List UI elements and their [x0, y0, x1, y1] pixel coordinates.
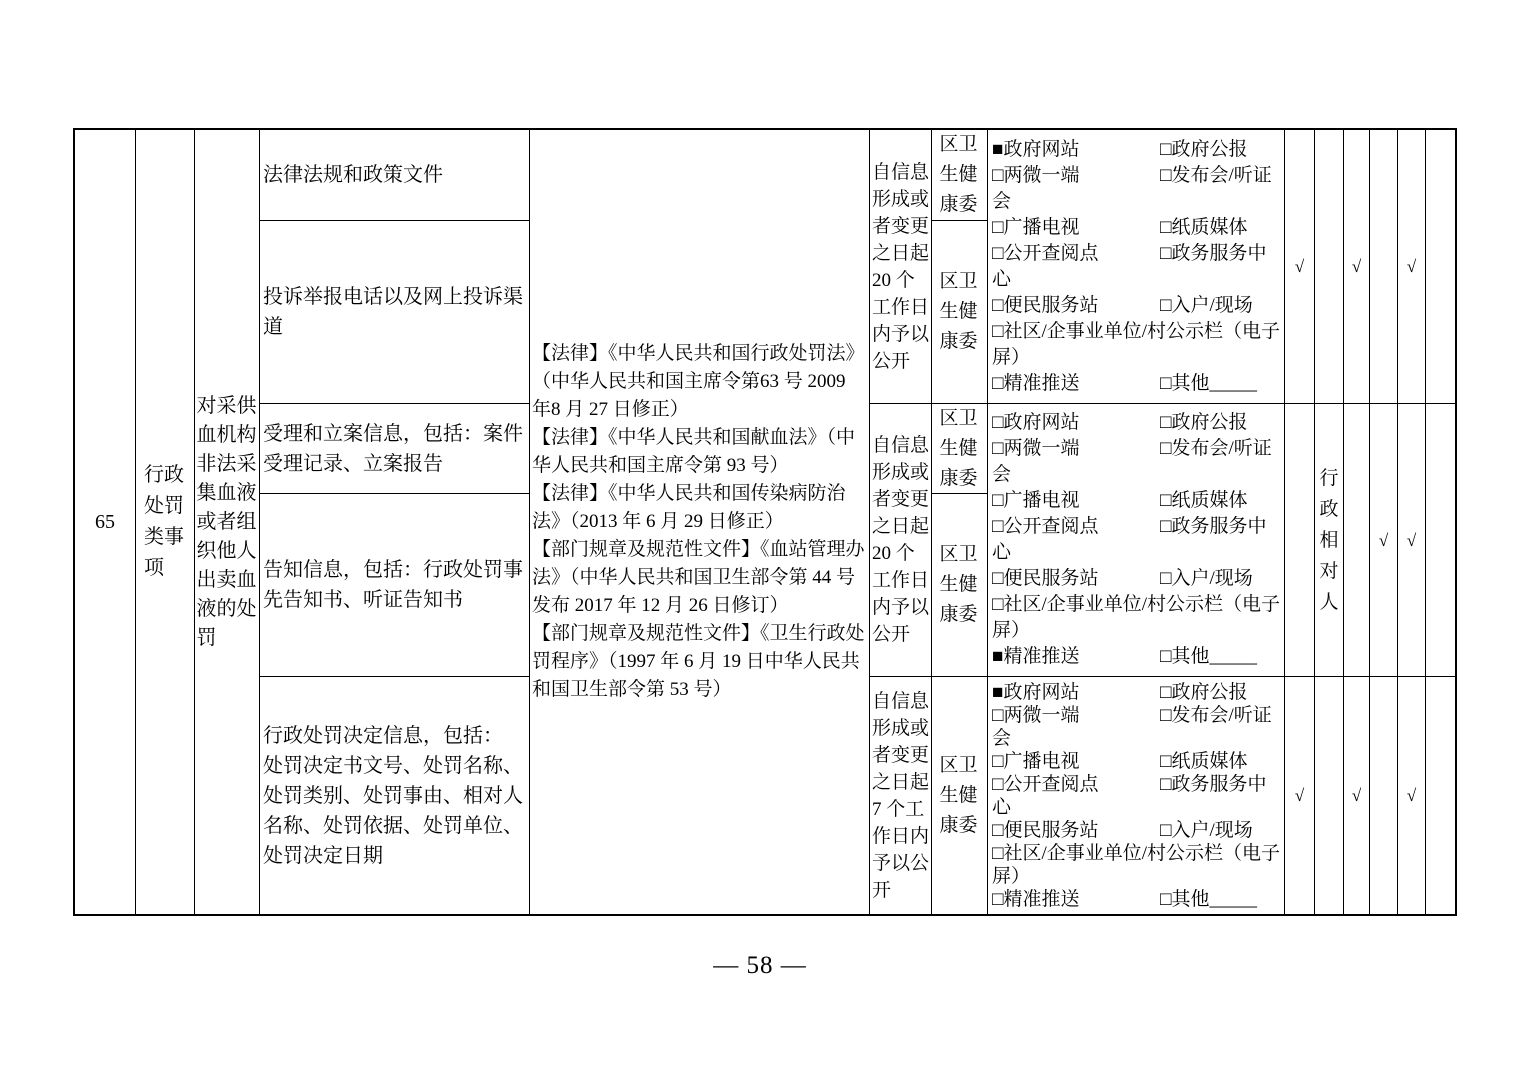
time-limit-cell: 自信息形成或者变更之日起7 个工作日内予以公开 [870, 677, 932, 914]
channel-option: □两微一端 [992, 163, 1160, 189]
mark-cell: √ [1398, 404, 1426, 677]
channel-option: □公开查阅点 [992, 773, 1160, 796]
seq-number: 65 [75, 508, 135, 537]
channel-line: ■政府网站□政府公报 [992, 681, 1284, 704]
channel-line: □广播电视□纸质媒体 [992, 488, 1284, 514]
channel-line: □便民服务站□入户/现场 [992, 293, 1284, 319]
channel-line: ■精准推送□其他_____ [992, 644, 1284, 670]
check-mark: √ [1407, 781, 1416, 810]
channel-option: □便民服务站 [992, 566, 1160, 592]
channel-option-wrap: 会 [992, 464, 1011, 485]
channel-line: 会 [992, 189, 1284, 215]
info-item-detail: 处罚决定书文号、处罚名称、处罚类别、处罚事由、相对人名称、处罚依据、处罚单位、处… [263, 751, 526, 871]
mark-cell: √ [1285, 677, 1315, 914]
time-limit-cell: 自信息形成或者变更之日起20 个工作日内予以公开 [870, 130, 932, 404]
channel-option: □广播电视 [992, 750, 1160, 773]
channel-option-wrap: 屏） [992, 866, 1030, 887]
channel-option: □社区/企事业单位/村公示栏（电子 [992, 594, 1280, 615]
channel-option: □公开查阅点 [992, 514, 1160, 540]
channel-option: □入户/现场 [1160, 820, 1253, 841]
channel-option: □入户/现场 [1160, 295, 1253, 316]
channel-option: □政府网站 [992, 410, 1160, 436]
channel-option: □政务服务中 [1160, 774, 1266, 795]
matter-cell: 对采供血机构非法采集血液或者组织他人出卖血液的处罚 [195, 130, 260, 914]
channel-line: 心 [992, 267, 1284, 293]
check-mark: √ [1295, 252, 1304, 281]
channel-option-wrap: 会 [992, 191, 1011, 212]
info-item-cell: 行政处罚决定信息，包括： 处罚决定书文号、处罚名称、处罚类别、处罚事由、相对人名… [260, 677, 530, 914]
responsible-org: 区卫生健康委 [940, 751, 980, 841]
matter-label: 对采供血机构非法采集血液或者组织他人出卖血液的处罚 [197, 392, 258, 653]
channel-line: □精准推送□其他_____ [992, 888, 1284, 911]
check-mark: √ [1295, 781, 1304, 810]
time-limit-text: 自信息形成或者变更之日起7 个工作日内予以公开 [872, 688, 929, 904]
channel-line: □政府网站□政府公报 [992, 410, 1284, 436]
channel-option: □政务服务中 [1160, 516, 1266, 537]
channels-cell: □政府网站□政府公报 □两微一端□发布会/听证 会 □广播电视□纸质媒体 □公开… [988, 404, 1285, 677]
channel-option: □其他_____ [1160, 646, 1257, 667]
channel-option: □发布会/听证 [1160, 705, 1272, 726]
legal-basis-entry: 【法律】《中华人民共和国献血法》（中华人民共和国主席令第 93 号） [532, 424, 867, 480]
channel-option: □精准推送 [992, 888, 1160, 911]
responsible-org-cell: 区卫生健康委 [932, 130, 988, 221]
channel-line: 心 [992, 540, 1284, 566]
legal-basis-cell: 【法律】《中华人民共和国行政处罚法》（中华人民共和国主席令第63 号 2009 … [530, 130, 870, 914]
channel-line: □精准推送□其他_____ [992, 371, 1284, 397]
responsible-org-cell: 区卫生健康委 [932, 404, 988, 494]
check-mark: √ [1379, 526, 1388, 555]
channel-line: □社区/企事业单位/村公示栏（电子 [992, 319, 1284, 345]
mark-cell [1285, 404, 1315, 677]
check-mark: √ [1407, 526, 1416, 555]
mark-cell: √ [1398, 130, 1426, 404]
channel-line: □两微一端□发布会/听证 [992, 436, 1284, 462]
channel-line: 心 [992, 796, 1284, 819]
channel-line: 屏） [992, 618, 1284, 644]
channel-option: □精准推送 [992, 371, 1160, 397]
channels-cell: ■政府网站□政府公报 □两微一端□发布会/听证 会 □广播电视□纸质媒体 □公开… [988, 677, 1285, 914]
channel-line: □便民服务站□入户/现场 [992, 566, 1284, 592]
channel-line: □两微一端□发布会/听证 [992, 163, 1284, 189]
info-item-text: 受理和立案信息，包括：案件受理记录、立案报告 [263, 419, 526, 479]
responsible-org-cell: 区卫生健康委 [932, 494, 988, 677]
channel-option: □两微一端 [992, 436, 1160, 462]
channel-line: □公开查阅点□政务服务中 [992, 773, 1284, 796]
info-item-cell: 投诉举报电话以及网上投诉渠道 [260, 221, 530, 404]
channel-option: □政府公报 [1160, 139, 1247, 160]
channel-line: 屏） [992, 865, 1284, 888]
legal-basis-entry: 【部门规章及规范性文件】《血站管理办法》（中华人民共和国卫生部令第 44 号发布… [532, 536, 867, 620]
channel-option: □政务服务中 [1160, 243, 1266, 264]
legal-basis-entry: 【法律】《中华人民共和国传染病防治法》（2013 年 6 月 29 日修正） [532, 480, 867, 536]
responsible-org: 区卫生健康委 [940, 267, 980, 357]
channel-option: □发布会/听证 [1160, 438, 1272, 459]
channel-line: ■政府网站□政府公报 [992, 137, 1284, 163]
info-item-cell: 法律法规和政策文件 [260, 130, 530, 221]
mark-cell: √ [1398, 677, 1426, 914]
mark-cell: √ [1285, 130, 1315, 404]
channel-line: □广播电视□纸质媒体 [992, 215, 1284, 241]
time-limit-cell: 自信息形成或者变更之日起20 个工作日内予以公开 [870, 404, 932, 677]
channel-option: □入户/现场 [1160, 568, 1253, 589]
channel-option: ■精准推送 [992, 644, 1160, 670]
check-mark: √ [1352, 781, 1361, 810]
channel-line: □社区/企事业单位/村公示栏（电子 [992, 842, 1284, 865]
responsible-org-cell: 区卫生健康委 [932, 221, 988, 404]
info-item-text: 法律法规和政策文件 [263, 160, 443, 190]
seq-cell: 65 [75, 130, 136, 914]
info-item-title: 行政处罚决定信息，包括： [263, 721, 503, 751]
mark-cell [1426, 130, 1455, 404]
channel-line: □广播电视□纸质媒体 [992, 750, 1284, 773]
channel-line: 会 [992, 462, 1284, 488]
mark-cell [1426, 677, 1455, 914]
channels-cell: ■政府网站□政府公报 □两微一端□发布会/听证 会 □广播电视□纸质媒体 □公开… [988, 130, 1285, 404]
check-mark: √ [1352, 252, 1361, 281]
channel-option: ■政府网站 [992, 681, 1160, 704]
responsible-org: 区卫生健康委 [940, 130, 980, 220]
responsible-org-cell: 区卫生健康委 [932, 677, 988, 914]
channel-line: □公开查阅点□政务服务中 [992, 514, 1284, 540]
mark-cell [1315, 677, 1344, 914]
channel-option: □两微一端 [992, 704, 1160, 727]
channel-option: □便民服务站 [992, 819, 1160, 842]
channel-option: □广播电视 [992, 488, 1160, 514]
page-number: — 58 — [0, 952, 1520, 980]
channel-option: ■政府网站 [992, 137, 1160, 163]
channel-option: □政府公报 [1160, 412, 1247, 433]
channel-option: □纸质媒体 [1160, 751, 1247, 772]
channel-option: □纸质媒体 [1160, 490, 1247, 511]
channel-option: □便民服务站 [992, 293, 1160, 319]
legal-basis-entry: 【部门规章及规范性文件】《卫生行政处罚程序》（1997 年 6 月 19 日中华… [532, 620, 867, 704]
mark-cell [1370, 677, 1398, 914]
channel-option: □发布会/听证 [1160, 165, 1272, 186]
channel-option-wrap: 心 [992, 269, 1011, 290]
channel-option: □公开查阅点 [992, 241, 1160, 267]
category-cell: 行政处罚类事项 [136, 130, 195, 914]
channel-option: □社区/企事业单位/村公示栏（电子 [992, 321, 1280, 342]
channel-line: 屏） [992, 345, 1284, 371]
check-mark: √ [1407, 252, 1416, 281]
mark-cell: √ [1370, 404, 1398, 677]
mark-cell [1370, 130, 1398, 404]
info-item-cell: 受理和立案信息，包括：案件受理记录、立案报告 [260, 404, 530, 494]
category-label: 行政处罚类事项 [144, 460, 186, 584]
channel-option-wrap: 心 [992, 542, 1011, 563]
mark-cell: √ [1344, 677, 1370, 914]
channel-line: 会 [992, 727, 1284, 750]
channel-line: □公开查阅点□政务服务中 [992, 241, 1284, 267]
mark-cell: √ [1344, 130, 1370, 404]
channel-line: □便民服务站□入户/现场 [992, 819, 1284, 842]
disclosure-table: 65 行政处罚类事项 对采供血机构非法采集血液或者组织他人出卖血液的处罚 法律法… [73, 128, 1457, 916]
time-limit-text: 自信息形成或者变更之日起20 个工作日内予以公开 [872, 432, 929, 648]
responsible-org: 区卫生健康委 [940, 540, 980, 630]
channel-line: □社区/企事业单位/村公示栏（电子 [992, 592, 1284, 618]
audience-label: 行政相对人 [1319, 463, 1339, 618]
audience-cell: 行政相对人 [1315, 404, 1344, 677]
channel-option: □政府公报 [1160, 682, 1247, 703]
mark-cell [1426, 404, 1455, 677]
channel-option-wrap: 会 [992, 728, 1011, 749]
info-item-cell: 告知信息，包括：行政处罚事先告知书、听证告知书 [260, 494, 530, 677]
channel-option: □纸质媒体 [1160, 217, 1247, 238]
info-item-text: 投诉举报电话以及网上投诉渠道 [263, 282, 526, 342]
mark-cell [1315, 130, 1344, 404]
time-limit-text: 自信息形成或者变更之日起20 个工作日内予以公开 [872, 159, 929, 375]
channel-option-wrap: 心 [992, 797, 1011, 818]
channel-option-wrap: 屏） [992, 620, 1030, 641]
info-item-text: 告知信息，包括：行政处罚事先告知书、听证告知书 [263, 555, 526, 615]
legal-basis-entry: 【法律】《中华人民共和国行政处罚法》（中华人民共和国主席令第63 号 2009 … [532, 340, 867, 424]
responsible-org: 区卫生健康委 [940, 404, 980, 494]
mark-cell [1344, 404, 1370, 677]
channel-option-wrap: 屏） [992, 347, 1030, 368]
channel-line: □两微一端□发布会/听证 [992, 704, 1284, 727]
channel-option: □其他_____ [1160, 373, 1257, 394]
channel-option: □其他_____ [1160, 889, 1257, 910]
channel-option: □广播电视 [992, 215, 1160, 241]
channel-option: □社区/企事业单位/村公示栏（电子 [992, 843, 1280, 864]
